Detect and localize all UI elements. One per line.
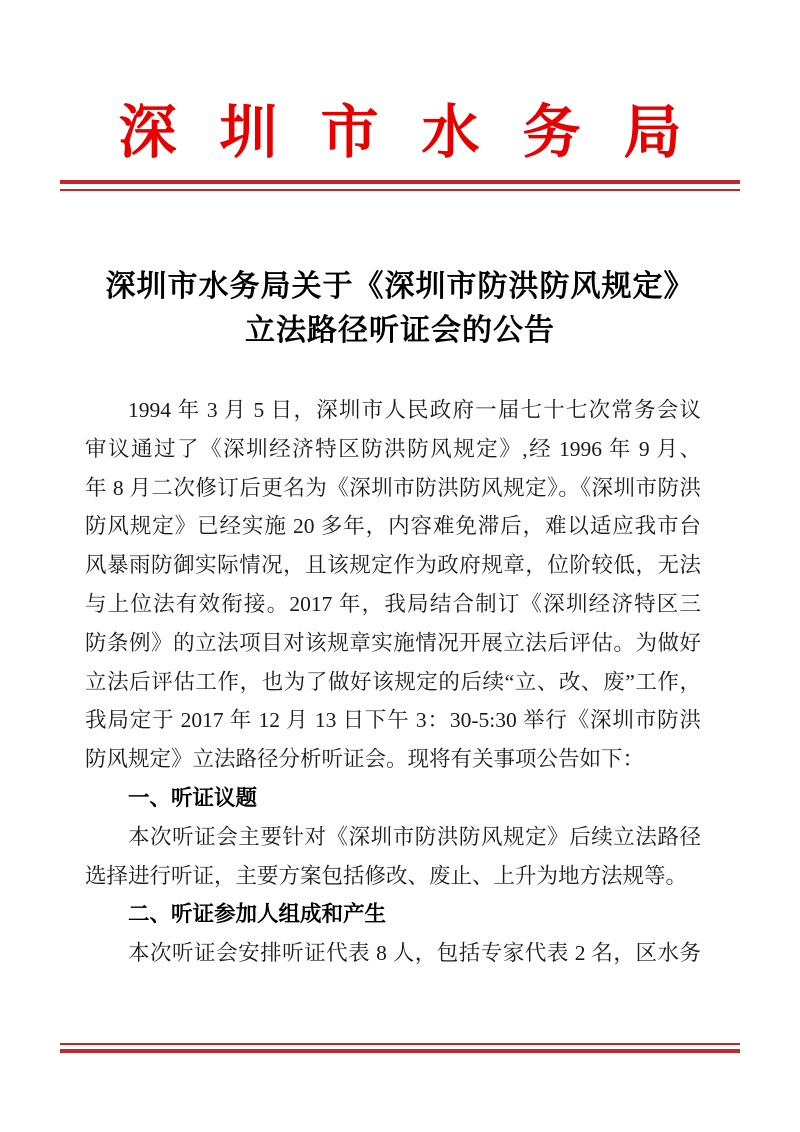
body-line: 防风规定》立法路径分析听证会。现将有关事项公告如下： [85, 740, 701, 779]
body-line: 立法后评估工作，也为了做好该规定的后续“立、改、废”工作， [85, 663, 701, 702]
body-line: 本次听证会安排听证代表 8 人，包括专家代表 2 名，区水务 [85, 934, 701, 973]
top-rule-thick [60, 180, 740, 184]
bottom-rule-thick [60, 1049, 740, 1053]
document-title-line-2: 立法路径听证会的公告 [0, 309, 800, 353]
body-line: 我局定于 2017 年 12 月 13 日下午 3：30-5:30 举行《深圳市… [85, 701, 701, 740]
section-heading-2: 二、听证参加人组成和产生 [85, 895, 701, 934]
bottom-rule-thin [60, 1043, 740, 1045]
body-line: 风暴雨防御实际情况，且该规定作为政府规章，位阶较低，无法 [85, 546, 701, 585]
section-heading-1: 一、听证议题 [85, 779, 701, 818]
document-title-line-1: 深圳市水务局关于《深圳市防洪防风规定》 [0, 265, 800, 309]
body-line: 选择进行听证，主要方案包括修改、废止、上升为地方法规等。 [85, 857, 701, 896]
document-page: 深圳市水务局 深圳市水务局关于《深圳市防洪防风规定》 立法路径听证会的公告 19… [0, 0, 800, 1132]
letterhead-organization-name: 深圳市水务局 [0, 93, 800, 173]
document-title: 深圳市水务局关于《深圳市防洪防风规定》 立法路径听证会的公告 [0, 265, 800, 353]
body-line: 1994 年 3 月 5 日，深圳市人民政府一届七十七次常务会议 [85, 391, 701, 430]
body-line: 防条例》的立法项目对该规章实施情况开展立法后评估。为做好 [85, 624, 701, 663]
top-rule-thin [60, 189, 740, 191]
body-line: 年 8 月二次修订后更名为《深圳市防洪防风规定》。《深圳市防洪 [85, 469, 701, 508]
body-line: 防风规定》已经实施 20 多年，内容难免滞后，难以适应我市台 [85, 507, 701, 546]
body-line: 本次听证会主要针对《深圳市防洪防风规定》后续立法路径 [85, 818, 701, 857]
body-line: 审议通过了《深圳经济特区防洪防风规定》,经 1996 年 9 月、2001 [85, 430, 701, 469]
document-body: 1994 年 3 月 5 日，深圳市人民政府一届七十七次常务会议 审议通过了《深… [85, 391, 701, 973]
body-line: 与上位法有效衔接。2017 年，我局结合制订《深圳经济特区三 [85, 585, 701, 624]
